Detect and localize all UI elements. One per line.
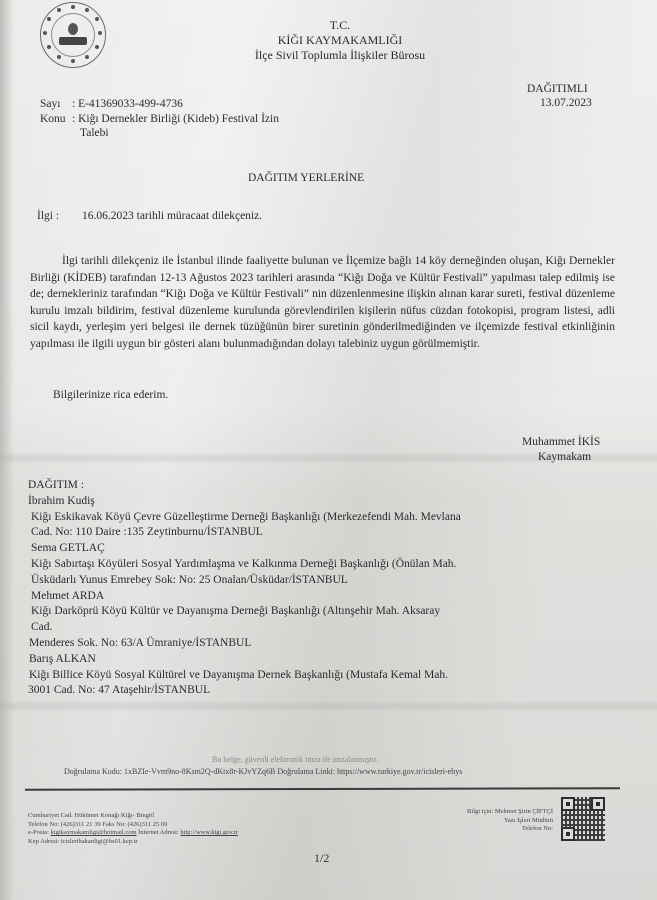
footer-contact: Cumhuriyet Cad. Hükümet Konağı Kiğı- Bin… [28, 812, 238, 846]
footer-kep: Kep Adresi: icisleribakanligi@hs01.kep.t… [28, 838, 238, 847]
verification-link[interactable]: https://www.turkiye.gov.tr/icisleri-ebys [337, 767, 462, 776]
info-contact-name: Bilgi için: Mehmet Şirin ÇİFTÇİ [428, 808, 553, 817]
verification-code-label: Doğrulama Kodu: [64, 767, 122, 776]
info-contact-title: Yazı İşleri Müdürü [428, 817, 553, 826]
distribution-line: Barış ALKAN [28, 652, 461, 668]
ilgi-label: İlgi : [37, 210, 59, 222]
sayi-label: Sayı [40, 98, 60, 110]
paper-fold [0, 700, 657, 712]
distribution-list: DAĞITIM : İbrahim Kudiş Kiğı Eskikavak K… [28, 478, 461, 699]
footer-web-label: İnternet Adresi: [138, 829, 179, 836]
konu-label: Konu [40, 113, 66, 125]
konu-value-cont: Talebi [80, 127, 109, 139]
body-paragraph: İlgi tarihli dilekçeniz ile İstanbul ili… [30, 253, 615, 352]
konu-value: : Kiğı Dernekler Birliği (Kideb) Festiva… [72, 113, 279, 125]
ministry-seal-icon [40, 2, 106, 68]
signatory-title: Kaymakam [538, 451, 591, 463]
addressee: DAĞITIM YERLERİNE [248, 172, 364, 184]
footer-info-contact: Bilgi için: Mehmet Şirin ÇİFTÇİ Yazı İşl… [428, 808, 553, 834]
distribution-line: Menderes Sok. No: 63/A Ümraniye/İSTANBUL [28, 636, 461, 652]
footer-phone: Telefon No: (426)311 21 39 Faks No: (426… [28, 821, 238, 830]
distribution-line: Sema GETLAÇ [28, 541, 461, 557]
footer-web-link[interactable]: http://www.kigi.gov.tr [180, 829, 237, 836]
page-number: 1/2 [314, 851, 329, 866]
distribution-line: Kiğı Sabırtaşı Köyüleri Sosyal Yardımlaş… [28, 557, 461, 573]
closing-line: Bilgilerinize rica ederim. [53, 389, 168, 401]
verification-link-label: Doğrulama Linki: [277, 767, 335, 776]
header-tc: T.C. [200, 18, 480, 33]
header-institution: KİĞI KAYMAKAMLIĞI [200, 33, 480, 48]
distribution-line: Kiğı Darköprü Köyü Kültür ve Dayanışma D… [28, 604, 461, 620]
footer-divider [25, 787, 620, 790]
distribution-line: Mehmet ARDA [28, 589, 461, 605]
verification-code: 1xBZIe-Vvm9no-8Ksm2Q-dKtx8r-KJvYZq6B [124, 767, 275, 776]
header-department: İlçe Sivil Toplumla İlişkiler Bürosu [200, 48, 480, 63]
footer-email-web: e-Posta: kigikaymakamligi@hotmail.com İn… [28, 829, 238, 838]
distribution-line: Cad. [28, 620, 461, 636]
e-signature-note: Bu belge, güvenli elektronik imza ile im… [212, 755, 378, 764]
footer-email-link[interactable]: kigikaymakamligi@hotmail.com [51, 829, 137, 836]
qr-code-icon [561, 797, 605, 841]
sayi-value: : E-41369033-499-4736 [72, 98, 183, 110]
letter-body: İlgi tarihli dilekçeniz ile İstanbul ili… [30, 253, 615, 352]
distribution-line: İbrahim Kudiş [28, 494, 461, 510]
distribution-line: 3001 Cad. No: 47 Ataşehir/İSTANBUL [28, 683, 461, 699]
signatory-name: Muhammet İKİS [522, 436, 600, 448]
info-contact-phone: Telefon No: [428, 825, 553, 834]
footer-address: Cumhuriyet Cad. Hükümet Konağı Kiğı- Bin… [28, 812, 238, 821]
distribution-line: Cad. No: 110 Daire :135 Zeytinburnu/İSTA… [28, 525, 461, 541]
ilgi-value: 16.06.2023 tarihli müracaat dilekçeniz. [82, 210, 262, 222]
document-date: 13.07.2023 [540, 97, 592, 109]
footer-email-label: e-Posta: [28, 829, 49, 836]
distribution-label: DAĞITIM : [28, 478, 461, 494]
distribution-line: Üsküdarlı Yunus Emrebey Sok: No: 25 Onal… [28, 573, 461, 589]
distribution-label: DAĞITIMLI [527, 83, 588, 95]
distribution-line: Kiğı Billice Köyü Sosyal Kültürel ve Day… [28, 668, 461, 684]
document-page: T.C. KİĞI KAYMAKAMLIĞI İlçe Sivil Toplum… [0, 0, 657, 900]
distribution-line: Kiğı Eskikavak Köyü Çevre Güzelleştirme … [28, 510, 461, 526]
paper-edge-shadow [0, 0, 14, 900]
verification-line: Doğrulama Kodu: 1xBZIe-Vvm9no-8Ksm2Q-dKt… [64, 767, 462, 776]
